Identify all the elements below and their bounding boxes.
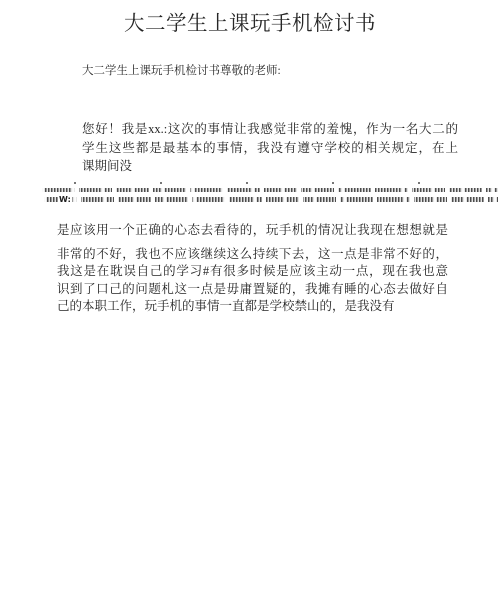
document-page: 大二学生上课玩手机检讨书 大二学生上课玩手机检讨书尊敬的老师: 您好！我是xx.… <box>0 0 500 613</box>
paragraph-line: 识到了口己的问题札这一点是毋庸置疑的，我摊有睡的心态去做好自 <box>57 281 448 299</box>
paragraph-line: 您好！我是xx.:这次的事情让我感觉非常的羞愧，作为一名大二的 <box>82 120 458 139</box>
paragraph-line: 课期间没 <box>82 157 458 176</box>
paragraph-line: 己的本职工作，玩手机的事情一直都是学校禁山的，是我没有 <box>57 298 448 316</box>
micro-text-specks <box>74 182 484 184</box>
micro-text-line-2 <box>44 197 498 202</box>
salutation-line: 大二学生上课玩手机检讨书尊敬的老师: <box>82 62 281 78</box>
micro-text-line-1 <box>42 188 498 192</box>
paragraph-1: 您好！我是xx.:这次的事情让我感觉非常的羞愧，作为一名大二的 学生这些都是最基… <box>82 120 458 176</box>
micro-text-bold-prefix: W: <box>58 195 72 204</box>
paragraph-2: 是应该用一个正确的心态去看待的，玩手机的情况让我现在想想就是 非常的不好，我也不… <box>57 222 448 316</box>
document-title: 大二学生上课玩手机检讨书 <box>0 6 500 36</box>
paragraph-line: 我这是在耽误自己的学习#有很多时候是应该主动一点，现在我也意 <box>57 263 448 281</box>
paragraph-line: 非常的不好，我也不应该继续这么持续下去，这一点是非常不好的， <box>57 246 448 264</box>
micro-text-band: W: <box>40 181 498 207</box>
paragraph-line: 是应该用一个正确的心态去看待的，玩手机的情况让我现在想想就是 <box>57 222 448 240</box>
paragraph-line: 学生这些都是最基本的事情，我没有遵守学校的相关规定，在上 <box>82 139 458 158</box>
